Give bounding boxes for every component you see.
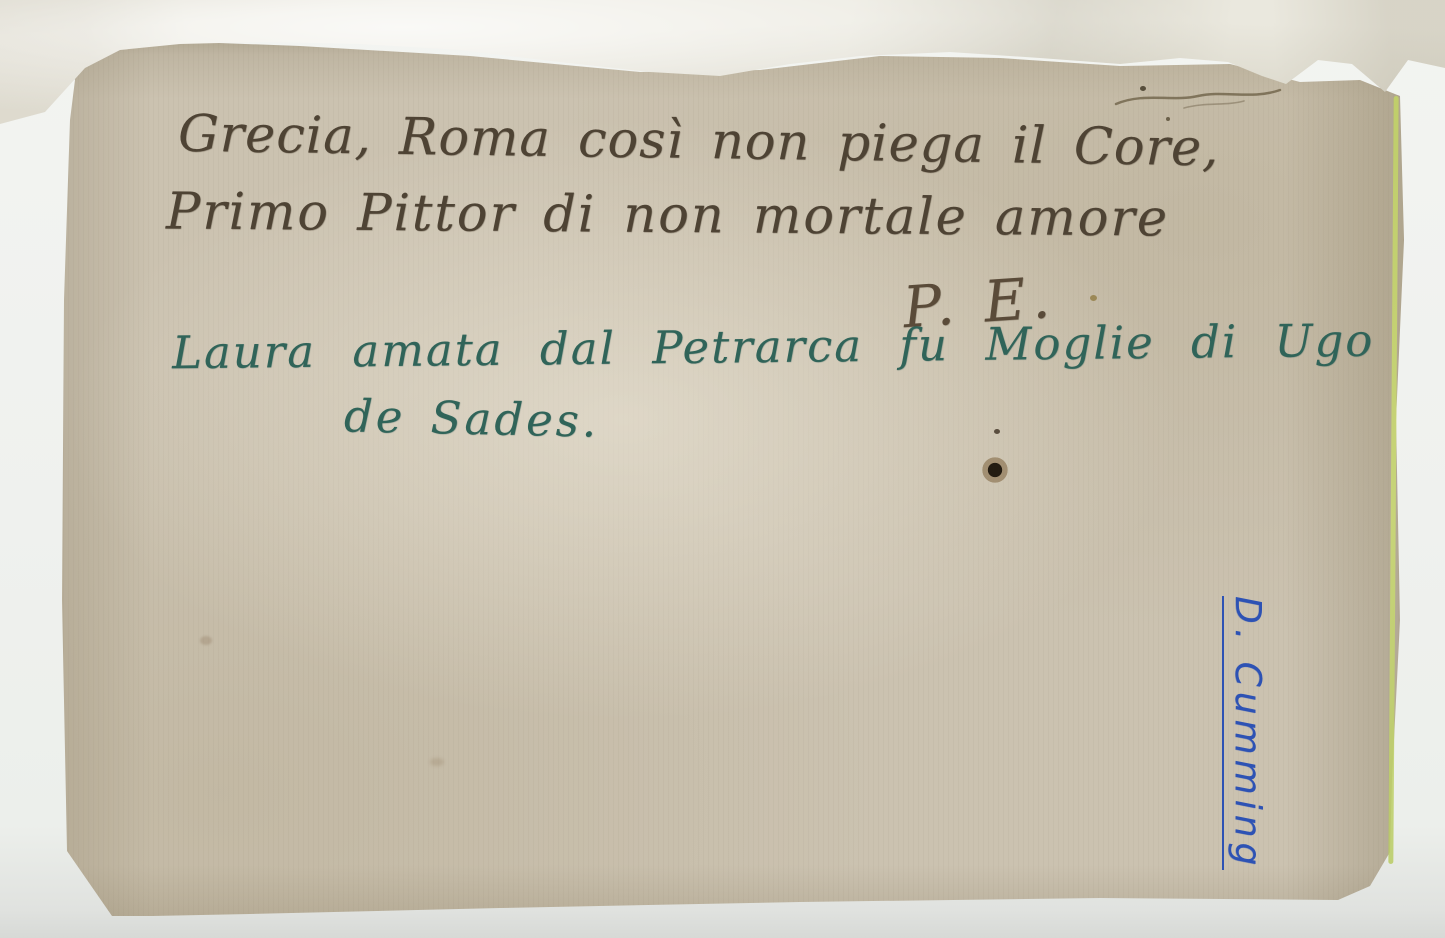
foxing-spot [1090, 295, 1097, 301]
ink-speck [1140, 86, 1146, 91]
foxing-spot [430, 758, 444, 766]
ink-speck [994, 429, 1000, 434]
blue-inscription-line-2: de Sades. [343, 389, 599, 447]
foxing-spot [200, 636, 212, 645]
ink-blot [982, 457, 1008, 483]
sepia-inscription-line-2: Primo Pittor di non mortale amore [166, 182, 1169, 248]
owner-signature-vertical: D. Cumming [1222, 596, 1268, 870]
manuscript-photo: Grecia, Roma così non piega il Core, Pri… [0, 0, 1445, 938]
